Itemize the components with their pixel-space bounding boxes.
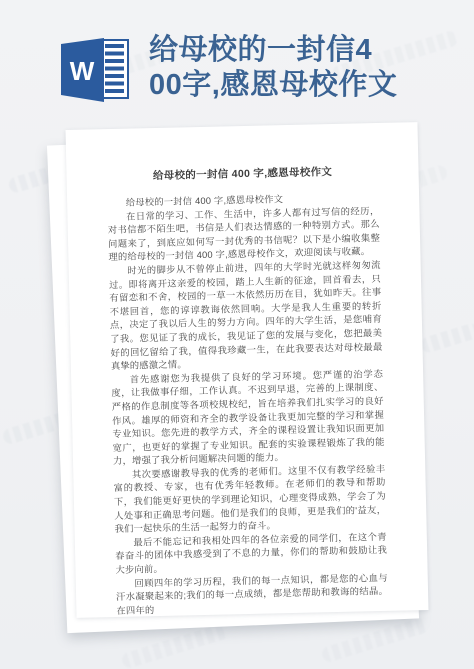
word-icon: W (57, 36, 131, 104)
doc-paragraph: 时光的脚步从不曾停止前进，四年的大学时光就这样匆匆流过。即将离开这亲爱的校园，踏… (109, 259, 383, 374)
doc-paragraph: 在日常的学习、工作、生活中，许多人都有过写信的经历，对书信都不陌生吧，书信是人们… (107, 205, 380, 266)
doc-title: 给母校的一封信 400 字,感恩母校作文 (106, 163, 378, 184)
page-title-line-1: 给母校的一封信4 (149, 33, 449, 68)
watermark (320, 616, 430, 663)
document-page-front: 给母校的一封信 400 字,感恩母校作文 给母校的一封信 400 字,感恩母校作… (66, 122, 429, 618)
watermark (419, 322, 474, 355)
doc-paragraph: 其次要感谢教导我的优秀的老师们。这里不仅有教学经验丰富的教授、专家，也有优秀年轻… (113, 463, 386, 537)
doc-paragraph: 回顾四年的学习历程，我们的每一点知识，都是您的心血与汗水凝聚起来的;我们的每一点… (116, 571, 389, 618)
document-content: 给母校的一封信 400 字,感恩母校作文 给母校的一封信 400 字,感恩母校作… (66, 122, 429, 619)
doc-paragraph: 首先感谢您为我提供了良好的学习环境。您严谨的治学态度，让我做事仔细，工作认真。不… (111, 368, 385, 469)
document-preview-card: W 给母校的一封信4 00字,感恩母校作文 给母校的一封信 400 字,感恩母校… (0, 0, 474, 669)
word-icon-letter: W (70, 56, 95, 86)
page-title[interactable]: 给母校的一封信4 00字,感恩母校作文 (149, 33, 449, 103)
doc-paragraph: 最后不能忘记和我相处四年的各位亲爱的同学们，在这个青春奋斗的团体中我感受到了不息… (115, 531, 388, 578)
page-title-line-2: 00字,感恩母校作文 (149, 68, 449, 103)
